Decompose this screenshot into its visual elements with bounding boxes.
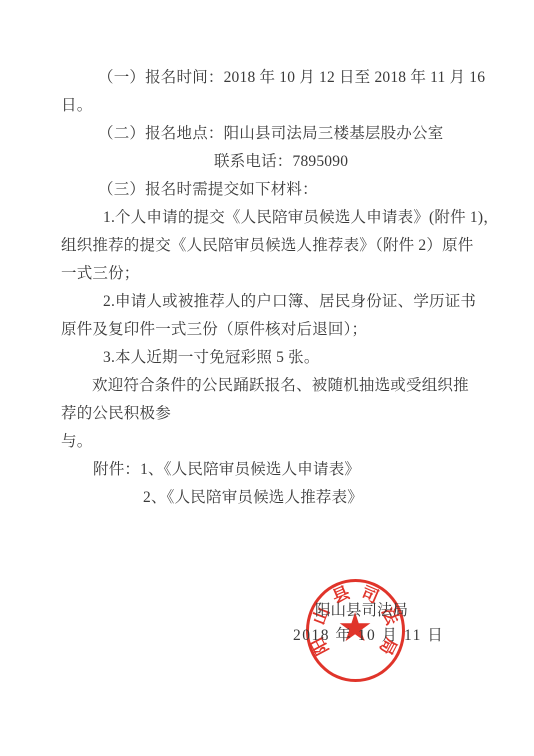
- doc-line: 日。: [61, 95, 92, 117]
- signature-authority: 阳山县司法局: [315, 602, 408, 620]
- doc-line: 组织推荐的提交《人民陪审员候选人推荐表》（附件 2）原件: [61, 235, 473, 257]
- doc-line: 荐的公民积极参: [61, 403, 171, 425]
- doc-line: 欢迎符合条件的公民踊跃报名、被随机抽选或受组织推: [92, 375, 469, 397]
- doc-line: （三）报名时需提交如下材料：: [98, 179, 318, 201]
- doc-line: （一）报名时间：2018 年 10 月 12 日至 2018 年 11 月 16: [98, 67, 485, 89]
- doc-line: 3.本人近期一寸免冠彩照 5 张。: [103, 347, 320, 369]
- doc-line: 1.个人申请的提交《人民陪审员候选人申请表》(附件 1)，: [103, 207, 499, 229]
- doc-line: （二）报名地点：阳山县司法局三楼基层股办公室: [98, 123, 443, 145]
- signature-date: 2018 年 10 月 11 日: [293, 627, 444, 645]
- doc-line: 与。: [61, 431, 92, 453]
- document-page: （一）报名时间：2018 年 10 月 12 日至 2018 年 11 月 16…: [0, 0, 534, 756]
- doc-line-attachment-1: 附件：1、《人民陪审员候选人申请表》: [93, 459, 360, 481]
- doc-line: 原件及复印件一式三份（原件核对后退回）；: [61, 319, 367, 341]
- doc-line-attachment-2: 2、《人民陪审员候选人推荐表》: [143, 487, 363, 509]
- doc-line: 2.申请人或被推荐人的户口簿、居民身份证、学历证书: [103, 291, 476, 313]
- doc-line: 一式三份；: [61, 263, 140, 285]
- doc-line-contact-phone: 联系电话：7895090: [214, 151, 348, 173]
